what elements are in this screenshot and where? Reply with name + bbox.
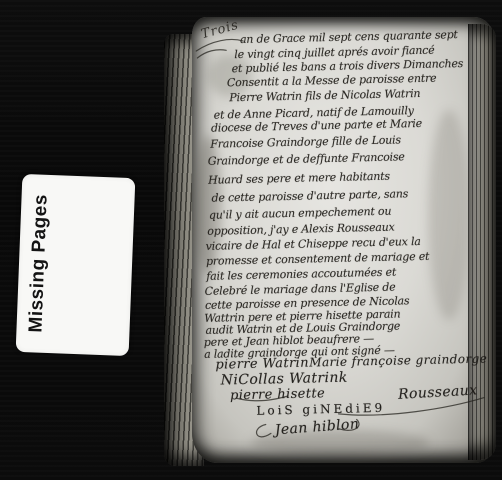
signature-jean-hiblon: Jean hiblon	[274, 416, 359, 438]
manuscript-line: Graindorge et de deffunte Francoise	[208, 150, 405, 167]
manuscript-line: qu'il y ait aucun empechement ou	[209, 205, 392, 222]
signature-rousseaux: Rousseaux	[398, 382, 478, 403]
manuscript-line: Francoise Graindorge fille de Louis	[210, 133, 401, 150]
signature-marie-graindorge: Marie françoise graindorge	[309, 351, 487, 369]
manuscript-line: Pierre Watrin fils de Nicolas Watrin	[229, 87, 420, 104]
missing-pages-label: Missing Pages	[25, 174, 54, 353]
signature-nicollas-watrink: NiCollas Watrink	[221, 370, 348, 389]
signature-louis-graindorge-mark: LoiS giNEdiE9	[256, 401, 385, 418]
signature-pierre-hisette: pierre hisette	[230, 386, 325, 403]
missing-pages-card: Missing Pages	[16, 174, 136, 356]
manuscript-line: de cette paroisse d'autre parte, sans	[211, 187, 408, 204]
margin-note: Trois	[199, 18, 240, 43]
manuscript-line: Huard ses pere et mere habitants	[208, 170, 390, 187]
